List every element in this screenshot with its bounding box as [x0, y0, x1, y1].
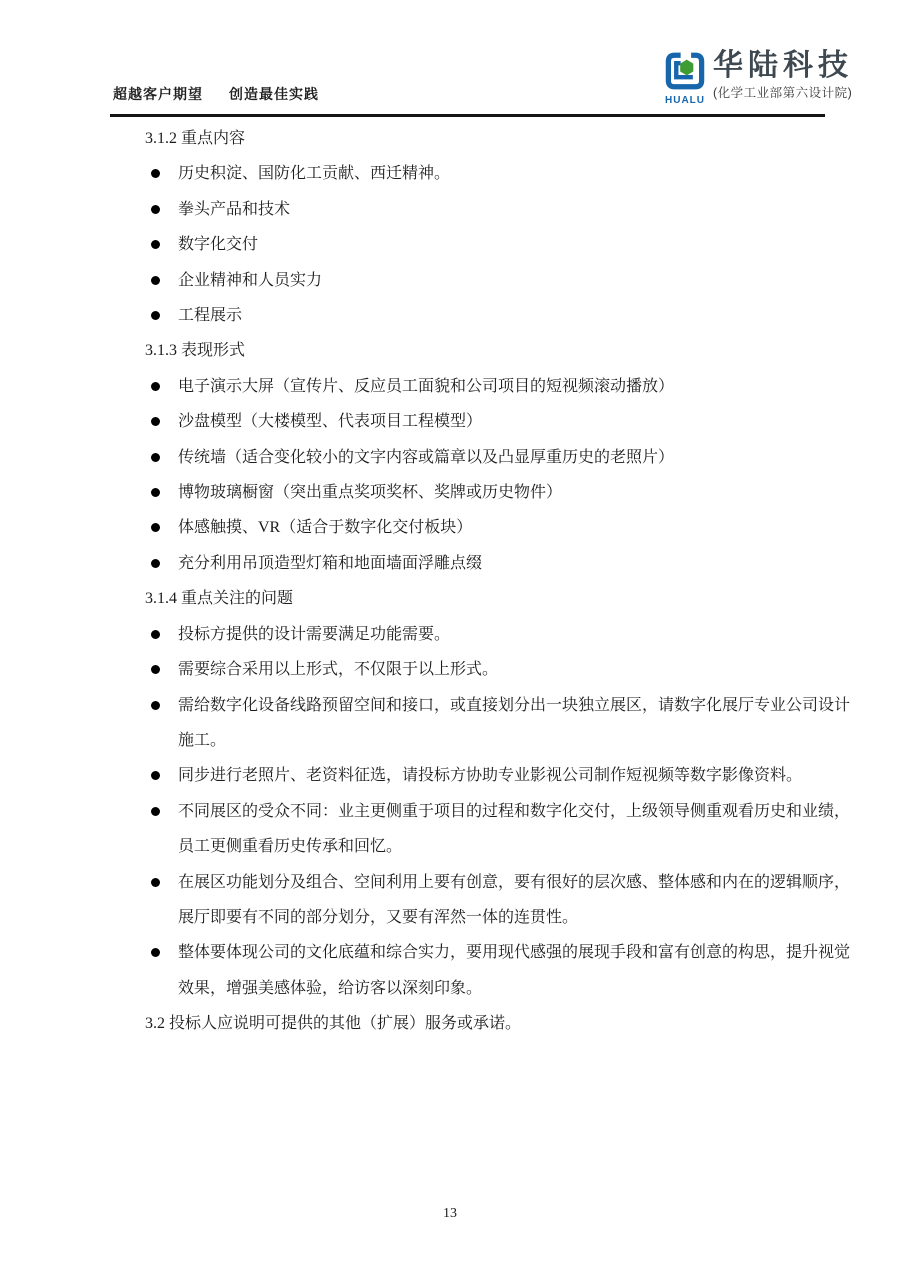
bullet-text: 整体要体现公司的文化底蕴和综合实力，要用现代感强的展现手段和富有创意的构思，提升…: [178, 944, 850, 996]
logo-mark: HUALU: [664, 50, 706, 106]
bullet-item: 历史积淀、国防化工贡献、西迁精神。: [145, 156, 855, 191]
bullet-dot-icon: [151, 878, 160, 887]
document-page: 超越客户期望创造最佳实践 HUALU 华陆科技 (化学工业部第六设计院) 3.1…: [0, 0, 900, 1273]
header-slogan: 超越客户期望创造最佳实践: [113, 84, 319, 104]
bullet-dot-icon: [151, 771, 160, 780]
bullet-dot-icon: [151, 630, 160, 639]
section-heading-3-1-2: 3.1.2 重点内容: [145, 121, 855, 156]
bullet-item: 在展区功能划分及组合、空间利用上要有创意，要有很好的层次感、整体感和内在的逻辑顺…: [145, 865, 855, 936]
hualu-logo-icon: [664, 50, 706, 97]
bullet-text: 电子演示大屏（宣传片、反应员工面貌和公司项目的短视频滚动播放）: [178, 378, 674, 395]
bullet-dot-icon: [151, 169, 160, 178]
bullet-item: 体感触摸、VR（适合于数字化交付板块）: [145, 510, 855, 545]
bullet-text: 传统墙（适合变化较小的文字内容或篇章以及凸显厚重历史的老照片）: [178, 449, 674, 466]
bullet-dot-icon: [151, 523, 160, 532]
bullet-dot-icon: [151, 807, 160, 816]
bullet-text: 不同展区的受众不同：业主更侧重于项目的过程和数字化交付，上级领导侧重观看历史和业…: [178, 803, 850, 855]
bullet-item: 投标方提供的设计需要满足功能需要。: [145, 617, 855, 652]
section-heading-3-2: 3.2 投标人应说明可提供的其他（扩展）服务或承诺。: [145, 1006, 855, 1041]
bullet-item: 传统墙（适合变化较小的文字内容或篇章以及凸显厚重历史的老照片）: [145, 440, 855, 475]
section-heading-3-1-3: 3.1.3 表现形式: [145, 333, 855, 368]
bullet-dot-icon: [151, 488, 160, 497]
logo-word: HUALU: [665, 95, 705, 106]
bullet-dot-icon: [151, 701, 160, 710]
page-number: 13: [0, 1206, 900, 1222]
bullet-text: 投标方提供的设计需要满足功能需要。: [178, 626, 450, 643]
bullet-dot-icon: [151, 240, 160, 249]
bullet-item: 企业精神和人员实力: [145, 263, 855, 298]
bullet-text: 沙盘模型（大楼模型、代表项目工程模型）: [178, 413, 482, 430]
bullet-text: 拳头产品和技术: [178, 201, 290, 218]
bullet-dot-icon: [151, 948, 160, 957]
header-divider: [110, 114, 825, 117]
brand-text-block: 华陆科技 (化学工业部第六设计院): [713, 50, 853, 101]
bullet-dot-icon: [151, 453, 160, 462]
bullet-text: 企业精神和人员实力: [178, 272, 322, 289]
bullet-text: 同步进行老照片、老资料征选，请投标方协助专业影视公司制作短视频等数字影像资料。: [178, 767, 802, 784]
bullet-text: 数字化交付: [178, 236, 258, 253]
bullet-item: 数字化交付: [145, 227, 855, 262]
bullet-item: 需给数字化设备线路预留空间和接口，或直接划分出一块独立展区，请数字化展厅专业公司…: [145, 688, 855, 759]
bullet-text: 体感触摸、VR（适合于数字化交付板块）: [178, 519, 472, 536]
bullet-dot-icon: [151, 665, 160, 674]
bullet-item: 拳头产品和技术: [145, 192, 855, 227]
bullet-text: 需要综合采用以上形式，不仅限于以上形式。: [178, 661, 498, 678]
bullet-item: 同步进行老照片、老资料征选，请投标方协助专业影视公司制作短视频等数字影像资料。: [145, 758, 855, 793]
bullet-item: 沙盘模型（大楼模型、代表项目工程模型）: [145, 404, 855, 439]
bullet-item: 电子演示大屏（宣传片、反应员工面貌和公司项目的短视频滚动播放）: [145, 369, 855, 404]
bullet-text: 历史积淀、国防化工贡献、西迁精神。: [178, 165, 450, 182]
bullet-text: 博物玻璃橱窗（突出重点奖项奖杯、奖牌或历史物件）: [178, 484, 562, 501]
section-heading-3-1-4: 3.1.4 重点关注的问题: [145, 581, 855, 616]
bullet-dot-icon: [151, 417, 160, 426]
slogan-left: 超越客户期望: [113, 86, 203, 102]
bullet-text: 充分利用吊顶造型灯箱和地面墙面浮雕点缀: [178, 555, 482, 572]
bullet-dot-icon: [151, 382, 160, 391]
bullet-item: 整体要体现公司的文化底蕴和综合实力，要用现代感强的展现手段和富有创意的构思，提升…: [145, 935, 855, 1006]
bullet-text: 在展区功能划分及组合、空间利用上要有创意，要有很好的层次感、整体感和内在的逻辑顺…: [178, 874, 850, 926]
bullet-item: 不同展区的受众不同：业主更侧重于项目的过程和数字化交付，上级领导侧重观看历史和业…: [145, 794, 855, 865]
bullet-text: 需给数字化设备线路预留空间和接口，或直接划分出一块独立展区，请数字化展厅专业公司…: [178, 697, 850, 749]
bullet-dot-icon: [151, 205, 160, 214]
bullet-dot-icon: [151, 559, 160, 568]
bullet-dot-icon: [151, 276, 160, 285]
bullet-item: 充分利用吊顶造型灯箱和地面墙面浮雕点缀: [145, 546, 855, 581]
bullet-dot-icon: [151, 311, 160, 320]
bullet-item: 工程展示: [145, 298, 855, 333]
brand-name: 华陆科技: [713, 50, 853, 82]
bullet-item: 需要综合采用以上形式，不仅限于以上形式。: [145, 652, 855, 687]
bullet-text: 工程展示: [178, 307, 242, 324]
brand-subtitle: (化学工业部第六设计院): [713, 85, 853, 101]
bullet-item: 博物玻璃橱窗（突出重点奖项奖杯、奖牌或历史物件）: [145, 475, 855, 510]
slogan-right: 创造最佳实践: [229, 86, 319, 102]
document-content: 3.1.2 重点内容 历史积淀、国防化工贡献、西迁精神。 拳头产品和技术 数字化…: [145, 121, 855, 1042]
company-logo: HUALU 华陆科技 (化学工业部第六设计院): [664, 50, 853, 106]
